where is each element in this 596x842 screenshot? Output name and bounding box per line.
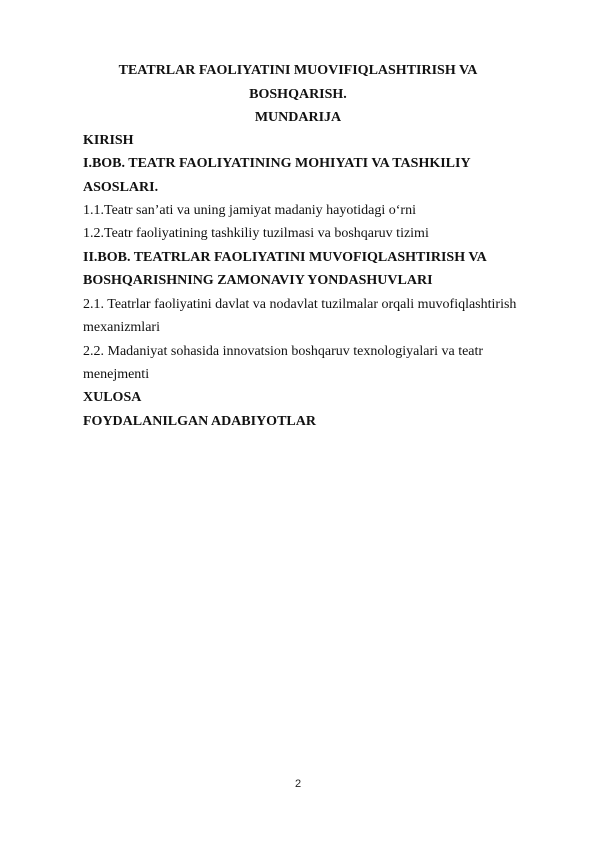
document-title-line-1: TEATRLAR FAOLIYATINI MUOVIFIQLASHTIRISH … <box>0 63 596 79</box>
contents-heading: MUNDARIJA <box>0 110 596 126</box>
toc-item-section-2-2-line-1: 2.2. Madaniyat sohasida innovatsion bosh… <box>83 344 483 360</box>
toc-item-chapter-1-line-2: ASOSLARI. <box>83 180 158 196</box>
document-title-line-2: BOSHQARISH. <box>0 87 596 103</box>
toc-item-chapter-2-line-2: BOSHQARISHNING ZAMONAVIY YONDASHUVLARI <box>83 273 433 289</box>
toc-item-conclusion: XULOSA <box>83 390 141 406</box>
toc-item-section-1-2: 1.2.Teatr faoliyatining tashkiliy tuzilm… <box>83 226 429 242</box>
toc-item-section-1-1: 1.1.Teatr san’ati va uning jamiyat madan… <box>83 203 416 219</box>
toc-item-chapter-1-line-1: I.BOB. TEATR FAOLIYATINING MOHIYATI VA T… <box>83 156 471 172</box>
toc-item-section-2-1-line-2: mexanizmlari <box>83 320 160 336</box>
toc-item-references: FOYDALANILGAN ADABIYOTLAR <box>83 414 316 430</box>
toc-item-section-2-2-line-2: menejmenti <box>83 367 149 383</box>
document-page: TEATRLAR FAOLIYATINI MUOVIFIQLASHTIRISH … <box>0 0 596 842</box>
page-number: 2 <box>0 778 596 790</box>
toc-item-section-2-1-line-1: 2.1. Teatrlar faoliyatini davlat va noda… <box>83 297 516 313</box>
toc-item-introduction: KIRISH <box>83 133 134 149</box>
toc-item-chapter-2-line-1: II.BOB. TEATRLAR FAOLIYATINI MUVOFIQLASH… <box>83 250 487 266</box>
